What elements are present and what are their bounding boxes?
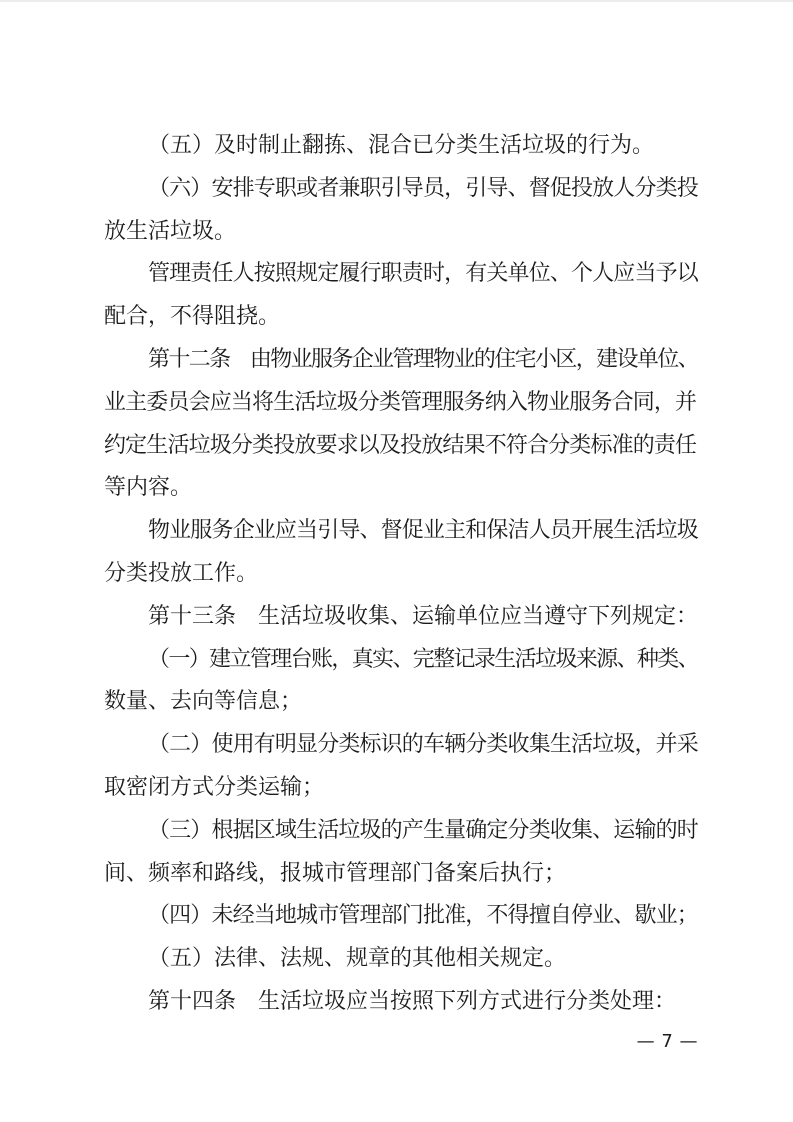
paragraph: 管理责任人按照规定履行职责时，有关单位、个人应当予以 配合，不得阻挠。 [104,253,698,339]
document-text-block: （五）及时制止翻拣、混合已分类生活垃圾的行为。 （六）安排专职或者兼职引导员，引… [104,125,698,1024]
paragraph: （五）及时制止翻拣、混合已分类生活垃圾的行为。 [104,125,698,168]
paragraph: （四）未经当地城市管理部门批准，不得擅自停业、歇业； [104,895,698,938]
text-line: （四）未经当地城市管理部门批准，不得擅自停业、歇业； [104,895,698,938]
text-line: 间、频率和路线，报城市管理部门备案后执行； [104,853,698,896]
text-line: （三）根据区域生活垃圾的产生量确定分类收集、运输的时 [104,810,698,853]
text-line: （二）使用有明显分类标识的车辆分类收集生活垃圾，并采 [104,724,698,767]
text-line: （六）安排专职或者兼职引导员，引导、督促投放人分类投 [104,168,698,211]
paragraph: （三）根据区域生活垃圾的产生量确定分类收集、运输的时 间、频率和路线，报城市管理… [104,810,698,896]
text-line: 物业服务企业应当引导、督促业主和保洁人员开展生活垃圾 [104,510,698,553]
text-line: （五）及时制止翻拣、混合已分类生活垃圾的行为。 [104,125,698,168]
scan-edge-line [0,0,793,2]
paragraph: 第十二条 由物业服务企业管理物业的住宅小区，建设单位、 业主委员会应当将生活垃圾… [104,339,698,510]
paragraph: 第十四条 生活垃圾应当按照下列方式进行分类处理： [104,981,698,1024]
text-line: 管理责任人按照规定履行职责时，有关单位、个人应当予以 [104,253,698,296]
text-line: 第十二条 由物业服务企业管理物业的住宅小区，建设单位、 [104,339,698,382]
text-line: 分类投放工作。 [104,553,698,596]
text-line: 业主委员会应当将生活垃圾分类管理服务纳入物业服务合同，并 [104,382,698,425]
paragraph: （二）使用有明显分类标识的车辆分类收集生活垃圾，并采 取密闭方式分类运输； [104,724,698,810]
text-line: （五）法律、法规、规章的其他相关规定。 [104,938,698,981]
paragraph: 物业服务企业应当引导、督促业主和保洁人员开展生活垃圾 分类投放工作。 [104,510,698,596]
text-line: 数量、去向等信息； [104,681,698,724]
text-line: 第十四条 生活垃圾应当按照下列方式进行分类处理： [104,981,698,1024]
text-line: （一）建立管理台账，真实、完整记录生活垃圾来源、种类、 [104,639,698,682]
text-line: 取密闭方式分类运输； [104,767,698,810]
text-line: 放生活垃圾。 [104,211,698,254]
page-number: — 7 — [637,1031,698,1053]
text-line: 约定生活垃圾分类投放要求以及投放结果不符合分类标准的责任 [104,425,698,468]
text-line: 等内容。 [104,467,698,510]
paragraph: （六）安排专职或者兼职引导员，引导、督促投放人分类投 放生活垃圾。 [104,168,698,254]
document-page: （五）及时制止翻拣、混合已分类生活垃圾的行为。 （六）安排专职或者兼职引导员，引… [0,0,793,1122]
paragraph: 第十三条 生活垃圾收集、运输单位应当遵守下列规定： [104,596,698,639]
text-line: 第十三条 生活垃圾收集、运输单位应当遵守下列规定： [104,596,698,639]
text-line: 配合，不得阻挠。 [104,296,698,339]
paragraph: （五）法律、法规、规章的其他相关规定。 [104,938,698,981]
paragraph: （一）建立管理台账，真实、完整记录生活垃圾来源、种类、 数量、去向等信息； [104,639,698,725]
